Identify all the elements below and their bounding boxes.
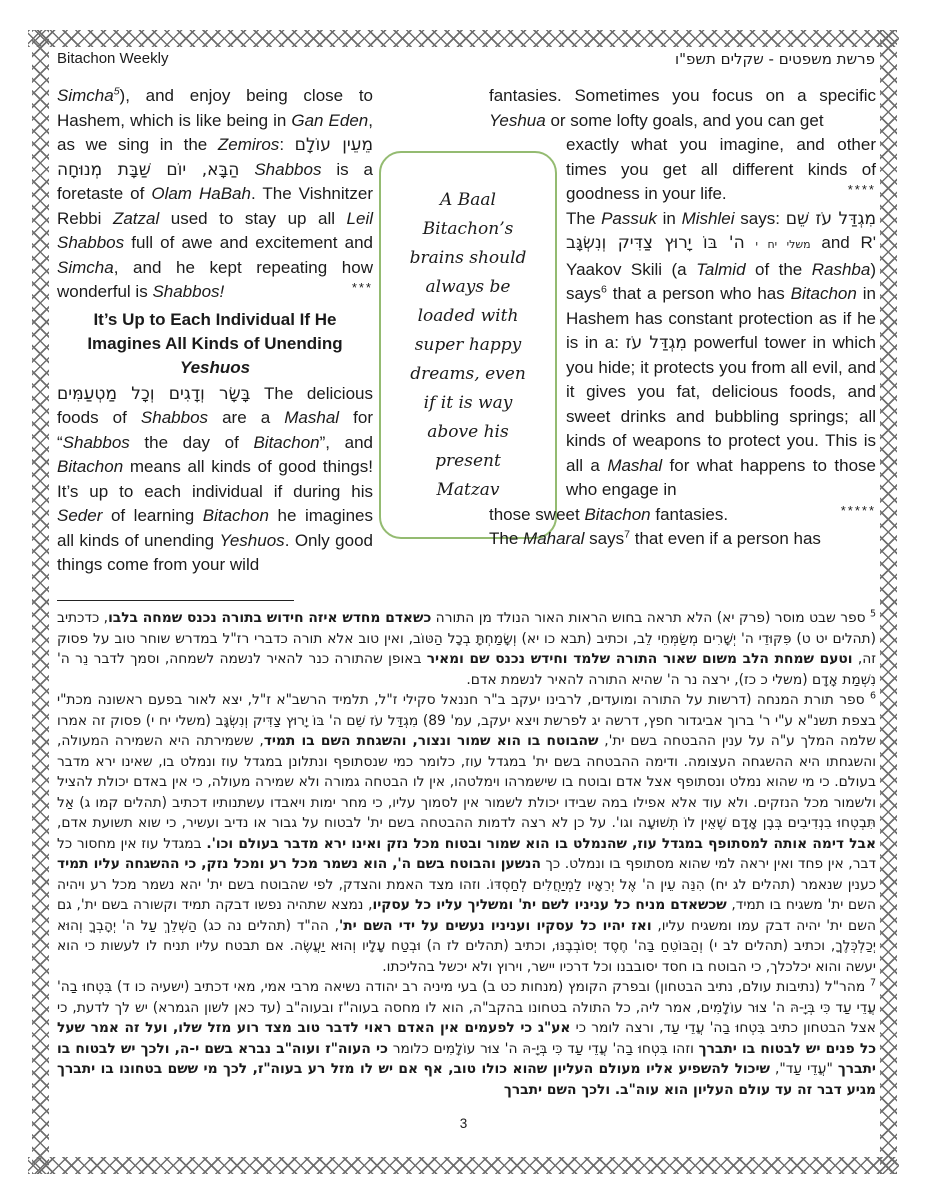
parsha-title: פרשת משפטים - שקלים תשפ"ו <box>675 50 875 68</box>
right-column: fantasies. Sometimes you focus on a spec… <box>489 84 876 552</box>
paragraph-fantasies: fantasies. Sometimes you focus on a spec… <box>489 84 876 133</box>
decorative-border-top <box>28 30 899 47</box>
decorative-border-bottom <box>28 1157 899 1174</box>
footnotes: 5 ספר שבט מוסר (פרק יא) הלא תראה בחוש הר… <box>57 608 876 1100</box>
paragraph-shabbos-foods: בָּשָׂר וְדָגִים וְכָל מַטְעַמִּים The d… <box>57 382 373 578</box>
newsletter-title: Bitachon Weekly <box>57 50 168 68</box>
footnote-5: 5 ספר שבט מוסר (פרק יא) הלא תראה בחוש הר… <box>57 608 876 690</box>
decorative-border-left <box>32 30 49 1174</box>
footnote-7: 7 מהר"ל (נתיבות עולם, נתיב הבטחון) ובפרק… <box>57 977 876 1100</box>
footnote-separator <box>57 600 294 601</box>
page-header: Bitachon Weekly פרשת משפטים - שקלים תשפ"… <box>57 50 875 68</box>
decorative-border-right <box>880 30 897 1174</box>
paragraph-simcha: Simcha5), and enjoy being close to Hashe… <box>57 84 373 305</box>
document-page: Bitachon Weekly פרשת משפטים - שקלים תשפ"… <box>0 0 927 1200</box>
footnote-6: 6 ספר תורת המנחה (דרשות על התורה ומועדים… <box>57 690 876 977</box>
left-column: Simcha5), and enjoy being close to Hashe… <box>57 84 373 578</box>
page-number: 3 <box>0 1116 927 1131</box>
paragraph-imagine: exactly what you imagine, and other time… <box>566 133 876 207</box>
paragraph-migdal-oz: The Passuk in Mishlei says: מִגְדַּל עֹז… <box>566 207 876 503</box>
paragraph-maharal: The Maharal says7 that even if a person … <box>489 527 876 552</box>
text-wrap-band: exactly what you imagine, and other time… <box>566 133 876 503</box>
section-heading: It’s Up to Each Individual If He Imagine… <box>57 308 373 380</box>
paragraph-sweet-fantasies: those sweet Bitachon fantasies.***** <box>489 503 876 528</box>
